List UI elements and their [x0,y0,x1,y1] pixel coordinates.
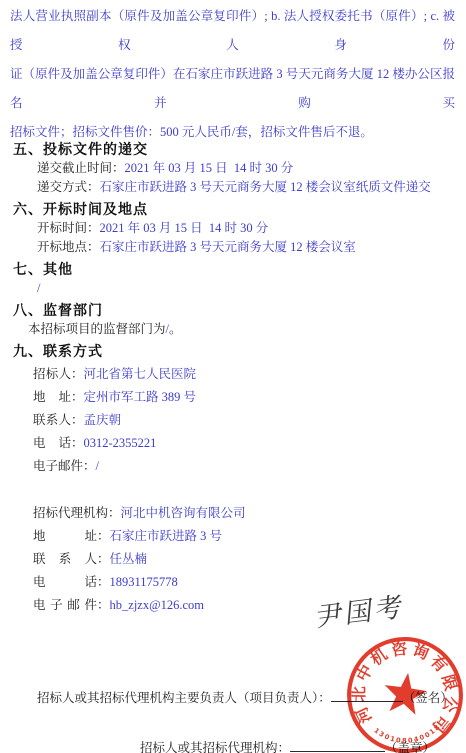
label-colon: ： [97,529,110,543]
contact-value: 任丛楠 [110,552,148,566]
label-colon: ： [97,552,110,566]
label-colon: ： [97,598,110,612]
supervision-text: 本招标项目的监督部门为/。 [28,320,466,339]
contact-label: 电话 [33,432,71,455]
label-colon: ： [71,436,84,450]
intro-paragraph: 法人营业执照副本（原件及加盖公章复印件）; b. 法人授权委托书（原件）; c.… [0,0,466,147]
field-label: 递交方式： [37,180,100,194]
contact-row-address: 地址：定州市军工路 389 号 [33,386,466,409]
contact-label: 地址 [33,525,97,548]
contact-label: 电子邮件 [33,455,83,478]
signoff-label: 招标人或其招标代理机构主要负责人（项目负责人）： [37,691,331,705]
contact-label: 联系人 [33,548,97,571]
field-row: 递交方式：石家庄市跃进路 3 号天元商务大厦 12 楼会议室纸质文件递交 [37,178,466,197]
agency-row-name: 招标代理机构：河北中机咨询有限公司 [33,502,466,525]
contact-value: / [96,459,99,473]
field-value: 石家庄市跃进路 3 号天元商务大厦 12 楼会议室 [100,240,356,254]
agency-row-address: 地址：石家庄市跃进路 3 号 [33,525,466,548]
contact-label: 招标代理机构 [33,502,108,525]
supervision-suffix: 。 [169,322,182,336]
section-heading-8: 八、监督部门 [13,300,466,320]
intro-line: 法人营业执照副本（原件及加盖公章复印件）; b. 法人授权委托书（原件）; c.… [10,2,455,60]
label-colon: ： [83,459,96,473]
contact-label: 电子邮件 [33,594,97,617]
field-row: 开标时间：2021 年 03 月 15 日 14 时 30 分 [37,219,466,238]
field-value: 2021 年 03 月 15 日 14 时 30 分 [125,161,294,175]
contact-label: 电话 [33,571,97,594]
field-label: 开标时间： [37,221,100,235]
contact-row-phone: 电话：0312-2355221 [33,432,466,455]
contact-label: 招标人 [33,363,71,386]
label-colon: ： [97,575,110,589]
section-heading-7: 七、其他 [13,259,466,279]
contact-value: 孟庆朝 [84,413,122,427]
label-colon: ： [71,413,84,427]
section-heading-9: 九、联系方式 [13,341,466,361]
field-label: 递交截止时间： [37,161,125,175]
contact-value: 河北中机咨询有限公司 [121,506,246,520]
field-value: 2021 年 03 月 15 日 14 时 30 分 [100,221,269,235]
contact-value: 18931175778 [110,575,178,589]
signoff-label: 招标人或其招标代理机构： [140,741,290,753]
official-seal: 河北中机咨询有限公司 1301080400181 [344,634,466,753]
contact-value: 河北省第七人民医院 [84,367,197,381]
contact-row-email: 电子邮件：/ [33,455,466,478]
slash-value: / [37,281,40,295]
intro-line: 证（原件及加盖公章复印件）在石家庄市跃进路 3 号天元商务大厦 12 楼办公区报… [10,60,455,118]
contact-label: 地址 [33,386,71,409]
supervision-prefix: 本招标项目的监督部门为 [28,322,166,336]
field-label: 开标地点： [37,240,100,254]
contact-row-tenderer: 招标人：河北省第七人民医院 [33,363,466,386]
label-colon: ： [71,367,84,381]
contact-value: 0312-2355221 [84,436,157,450]
seal-star-icon [381,670,429,716]
document-page: 法人营业执照副本（原件及加盖公章复印件）; b. 法人授权委托书（原件）; c.… [0,0,466,753]
contact-value: 石家庄市跃进路 3 号 [110,529,223,543]
field-row: 递交截止时间：2021 年 03 月 15 日 14 时 30 分 [37,159,466,178]
contact-label: 联系人 [33,409,71,432]
section-heading-6: 六、开标时间及地点 [13,199,466,219]
agency-row-person: 联系人：任丛楠 [33,548,466,571]
field-row: 开标地点：石家庄市跃进路 3 号天元商务大厦 12 楼会议室 [37,238,466,257]
contact-value: hb_zjzx@126.com [110,598,204,612]
contact-value: 定州市军工路 389 号 [84,390,197,404]
contact-row-person: 联系人：孟庆朝 [33,409,466,432]
other-slash-row: / [37,279,466,298]
label-colon: ： [108,506,121,520]
label-colon: ： [71,390,84,404]
field-value: 石家庄市跃进路 3 号天元商务大厦 12 楼会议室纸质文件递交 [100,180,431,194]
